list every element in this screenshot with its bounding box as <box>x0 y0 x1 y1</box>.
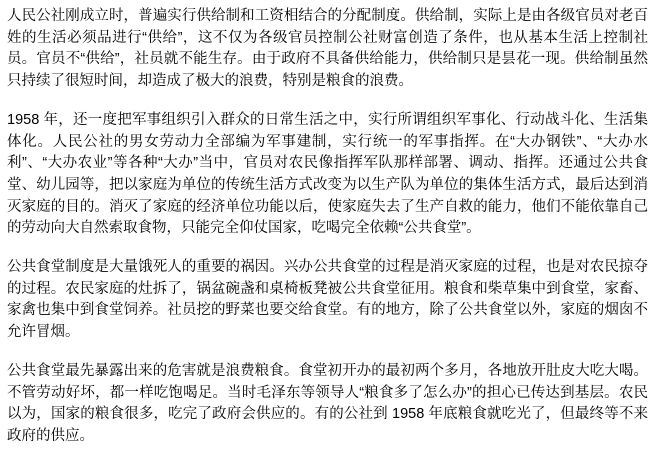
paragraph-grain-waste: 公共食堂最先暴露出来的危害就是浪费粮食。食堂初开办的最初两个多月，各地放开肚皮大… <box>7 361 648 448</box>
document-page: 人民公社刚成立时，普遍实行供给制和工资相结合的分配制度。供给制，实际上是由各级官… <box>0 0 656 458</box>
paragraph-communal-canteen-system: 公共食堂制度是大量饿死人的重要的祸因。兴办公共食堂的过程是消灭家庭的过程，也是对… <box>7 257 648 344</box>
paragraph-supply-system: 人民公社刚成立时，普遍实行供给制和工资相结合的分配制度。供给制，实际上是由各级官… <box>7 6 648 93</box>
paragraph-militarization-1958: 1958 年，还一度把军事组织引入群众的日常生活之中，实行所谓组织军事化、行动战… <box>7 110 648 240</box>
document-body: 人民公社刚成立时，普遍实行供给制和工资相结合的分配制度。供给制，实际上是由各级官… <box>0 0 656 458</box>
